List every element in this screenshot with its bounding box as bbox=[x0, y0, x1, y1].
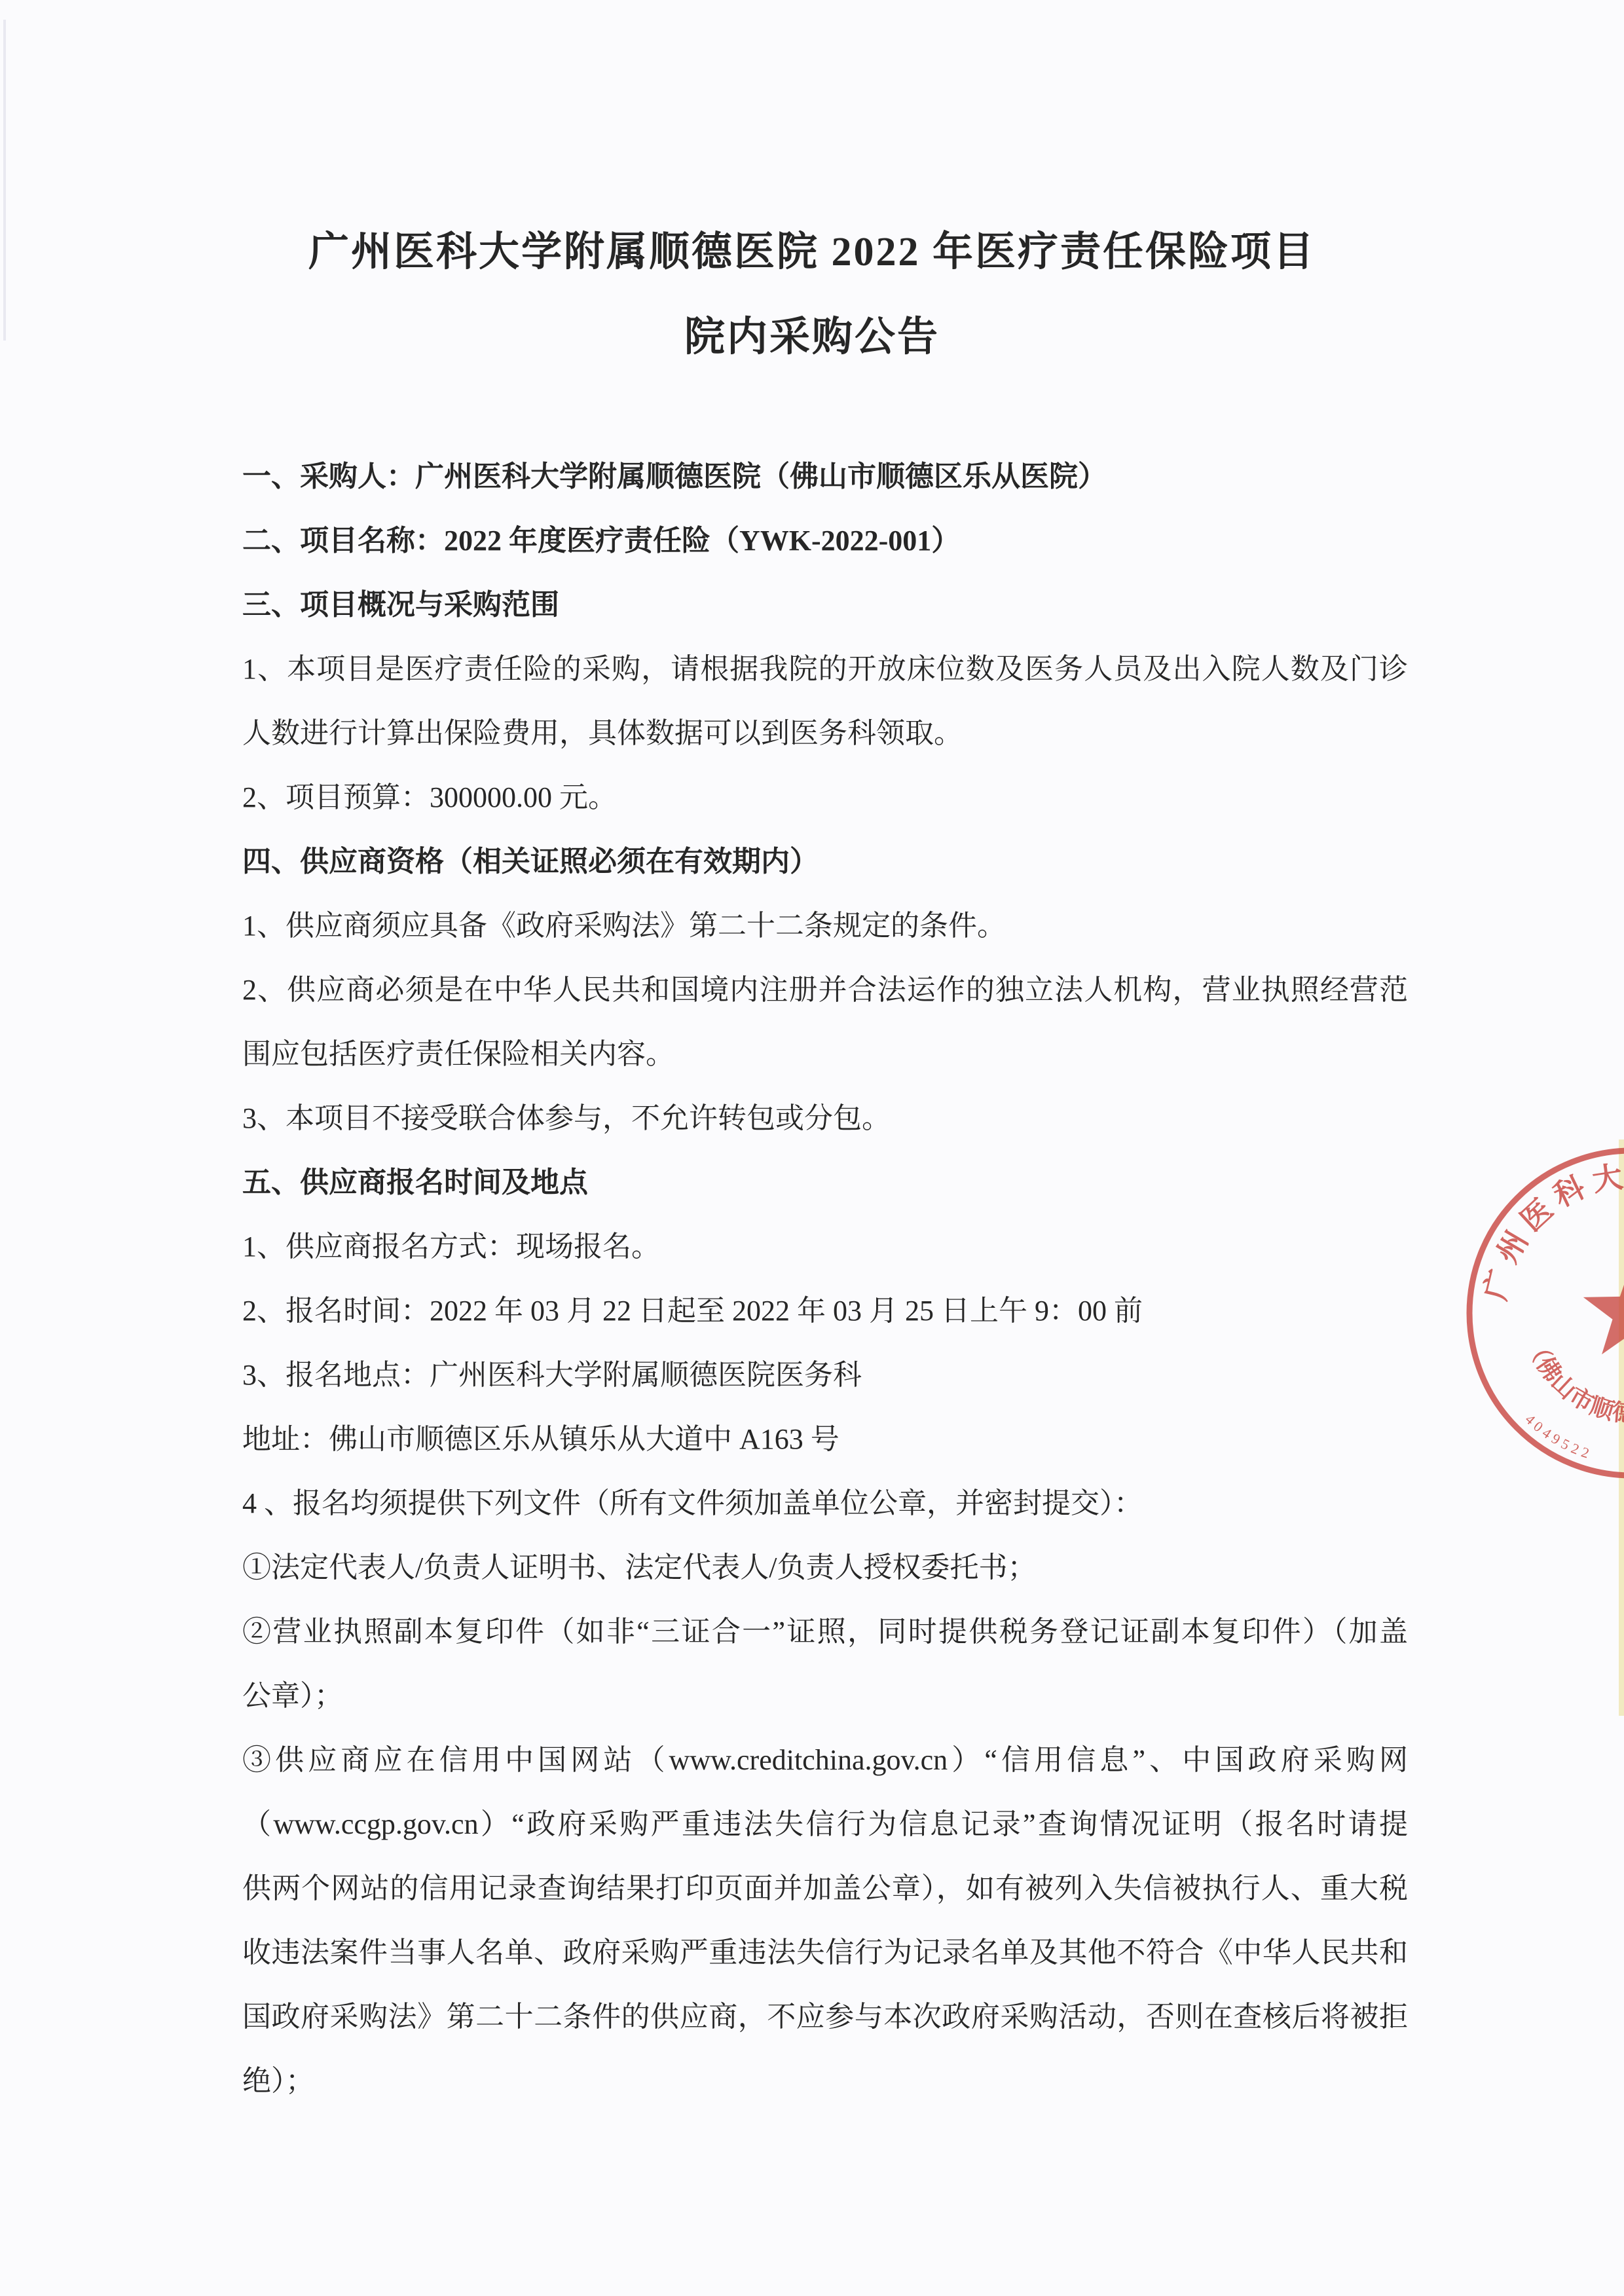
body-line-doc-item-1: ①法定代表人/负责人证明书、法定代表人/负责人授权委托书； bbox=[242, 1536, 1408, 1600]
document-page: 广州医科大学附属顺德医院 2022 年医疗责任保险项目 院内采购公告 一、采购人… bbox=[0, 0, 1624, 2296]
body-line-doc-item-3a: ③供应商应在信用中国网站（www.creditchina.gov.cn）“信用信… bbox=[242, 1728, 1408, 1792]
body-line-purchaser: 一、采购人：广州医科大学附属顺德医院（佛山市顺德区乐从医院） bbox=[242, 445, 1408, 509]
body-line-qualification-3: 3、本项目不接受联合体参与，不允许转包或分包。 bbox=[242, 1086, 1408, 1151]
body-line-doc-item-2a: ②营业执照副本复印件（如非“三证合一”证照，同时提供税务登记证副本复印件）（加盖 bbox=[242, 1600, 1408, 1664]
hospital-seal-stamp: 广州医科大学附属顺德医院 （佛山市顺德区乐从医院） 4049522 bbox=[1462, 1143, 1624, 1483]
document-title: 广州医科大学附属顺德医院 2022 年医疗责任保险项目 院内采购公告 bbox=[0, 0, 1624, 380]
body-line-documents-intro: 4 、报名均须提供下列文件（所有文件须加盖单位公章，并密封提交）： bbox=[242, 1472, 1408, 1536]
body-line-section-4-heading: 四、供应商资格（相关证照必须在有效期内） bbox=[242, 830, 1408, 894]
body-line-signup-method: 1、供应商报名方式：现场报名。 bbox=[242, 1215, 1408, 1279]
body-line-qualification-2a: 2、供应商必须是在中华人民共和国境内注册并合法运作的独立法人机构，营业执照经营范 bbox=[242, 958, 1408, 1022]
body-line-doc-item-3c: 供两个网站的信用记录查询结果打印页面并加盖公章），如有被列入失信被执行人、重大税 bbox=[242, 1857, 1408, 1921]
body-line-section-5-heading: 五、供应商报名时间及地点 bbox=[242, 1151, 1408, 1215]
body-line-qualification-2b: 围应包括医疗责任保险相关内容。 bbox=[242, 1022, 1408, 1086]
document-title-line-1: 广州医科大学附属顺德医院 2022 年医疗责任保险项目 bbox=[0, 210, 1624, 295]
body-line-doc-item-3e: 国政府采购法》第二十二条件的供应商，不应参与本次政府采购活动，否则在查核后将被拒 bbox=[242, 1985, 1408, 2049]
body-line-section-3-heading: 三、项目概况与采购范围 bbox=[242, 573, 1408, 637]
body-line-doc-item-3f: 绝）； bbox=[242, 2049, 1408, 2113]
body-line-doc-item-3d: 收违法案件当事人名单、政府采购严重违法失信行为记录名单及其他不符合《中华人民共和 bbox=[242, 1921, 1408, 1985]
body-line-doc-item-2b: 公章）； bbox=[242, 1664, 1408, 1728]
body-line-address: 地址：佛山市顺德区乐从镇乐从大道中 A163 号 bbox=[242, 1407, 1408, 1472]
body-line-qualification-1: 1、供应商须应具备《政府采购法》第二十二条规定的条件。 bbox=[242, 894, 1408, 958]
document-body: 一、采购人：广州医科大学附属顺德医院（佛山市顺德区乐从医院） 二、项目名称：20… bbox=[0, 445, 1408, 2113]
body-line-overview-2: 人数进行计算出保险费用，具体数据可以到医务科领取。 bbox=[242, 701, 1408, 766]
body-line-doc-item-3b: （www.ccgp.gov.cn）“政府采购严重违法失信行为信息记录”查询情况证… bbox=[242, 1792, 1408, 1857]
stamp-star-icon bbox=[1583, 1262, 1624, 1354]
document-title-line-2: 院内采购公告 bbox=[0, 295, 1624, 380]
body-line-signup-place: 3、报名地点：广州医科大学附属顺德医院医务科 bbox=[242, 1343, 1408, 1407]
body-line-signup-time: 2、报名时间：2022 年 03 月 22 日起至 2022 年 03 月 25… bbox=[242, 1279, 1408, 1343]
body-line-overview-1: 1、本项目是医疗责任险的采购，请根据我院的开放床位数及医务人员及出入院人数及门诊 bbox=[242, 637, 1408, 701]
scan-edge-artifact-left bbox=[3, 20, 6, 341]
body-line-budget: 2、项目预算：300000.00 元。 bbox=[242, 766, 1408, 830]
body-line-project-name: 二、项目名称：2022 年度医疗责任险（YWK-2022-001） bbox=[242, 509, 1408, 573]
